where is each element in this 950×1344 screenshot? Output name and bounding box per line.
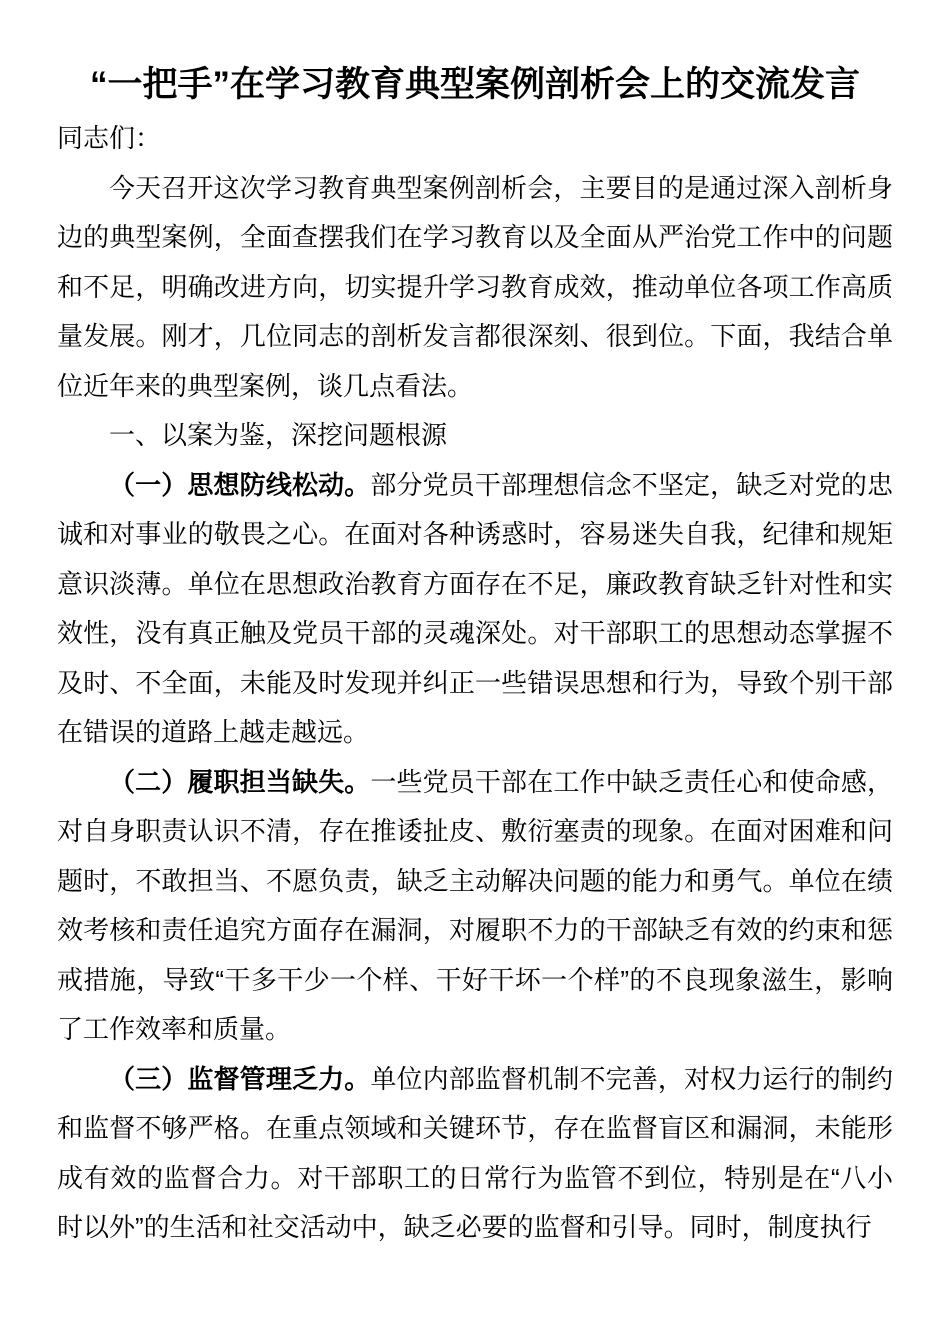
paragraph-3-lead: （三）监督管理乏力。 [109,1064,370,1094]
paragraph-2-text: 一些党员干部在工作中缺乏责任心和使命感，对自身职责认识不清，存在推诿扯皮、敷衍塞… [57,767,893,1045]
document-body: 同志们： 今天召开这次学习教育典型案例剖析会，主要目的是通过深入剖析身边的典型案… [57,114,893,1253]
opening-paragraph: 今天召开这次学习教育典型案例剖析会，主要目的是通过深入剖析身边的典型案例，全面查… [57,164,893,412]
case-paragraph-3: （三）监督管理乏力。单位内部监督机制不完善，对权力运行的制约和监督不够严格。在重… [57,1055,893,1253]
paragraph-1-lead: （一）思想防线松动。 [109,470,370,500]
section-heading: 一、以案为鉴，深挖问题根源 [57,411,893,461]
paragraph-1-text: 部分党员干部理想信念不坚定，缺乏对党的忠诚和对事业的敬畏之心。在面对各种诱惑时，… [57,470,893,748]
case-paragraph-2: （二）履职担当缺失。一些党员干部在工作中缺乏责任心和使命感，对自身职责认识不清，… [57,758,893,1055]
document-title: “一把手”在学习教育典型案例剖析会上的交流发言 [57,62,893,108]
case-paragraph-1: （一）思想防线松动。部分党员干部理想信念不坚定，缺乏对党的忠诚和对事业的敬畏之心… [57,461,893,758]
document-page: “一把手”在学习教育典型案例剖析会上的交流发言 同志们： 今天召开这次学习教育典… [0,0,950,1344]
paragraph-2-lead: （二）履职担当缺失。 [109,767,370,797]
salutation: 同志们： [57,114,893,164]
